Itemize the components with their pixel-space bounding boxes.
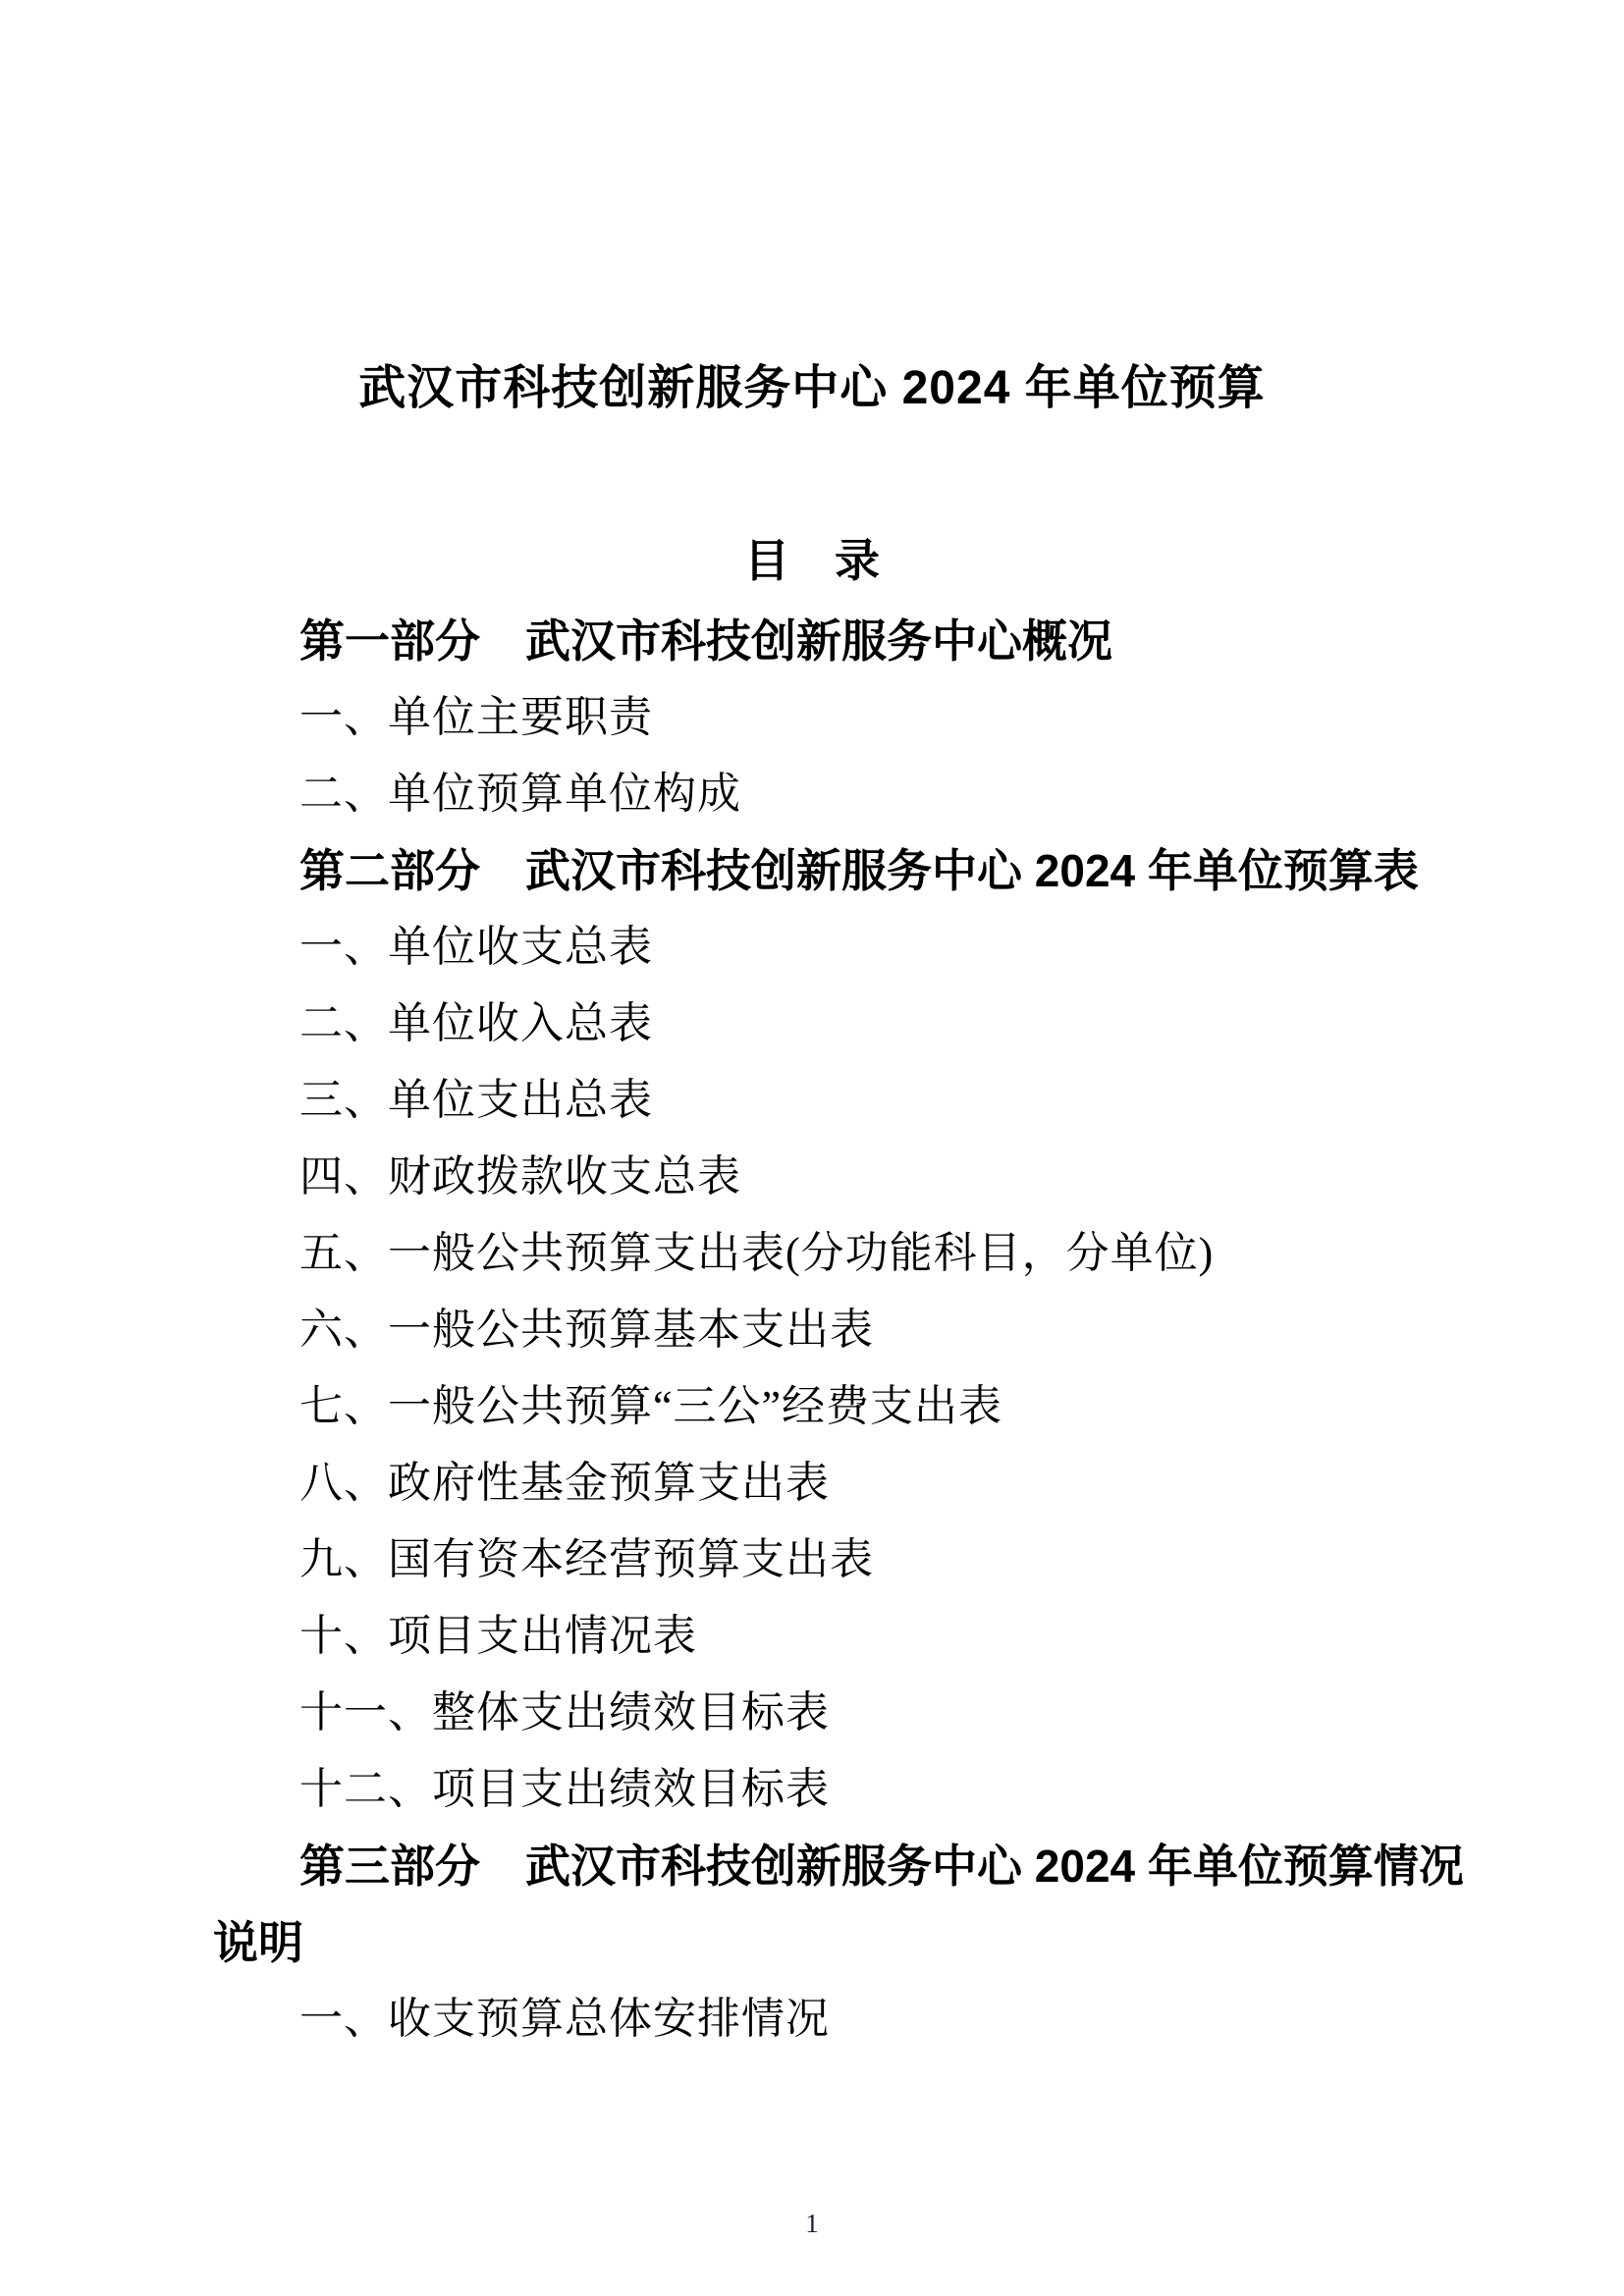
toc-entry: 八、政府性基金预算支出表 — [213, 1445, 1477, 1522]
document-title: 武汉市科技创新服务中心 2024 年单位预算 — [0, 0, 1624, 416]
toc-heading: 目 录 — [0, 534, 1624, 587]
toc-entry: 三、单位支出总表 — [213, 1062, 1477, 1139]
toc-entry: 十一、整体支出绩效目标表 — [213, 1675, 1477, 1751]
toc-list: 第一部分 武汉市科技创新服务中心概况 一、单位主要职责 二、单位预算单位构成 第… — [213, 603, 1477, 2057]
toc-entry: 第二部分 武汉市科技创新服务中心 2024 年单位预算表 — [213, 832, 1477, 909]
toc-entry: 说明 — [213, 1904, 1477, 1981]
toc-entry: 一、单位主要职责 — [213, 679, 1477, 756]
toc-entry: 一、收支预算总体安排情况 — [213, 1981, 1477, 2057]
page-number: 1 — [0, 2209, 1624, 2239]
toc-entry: 五、一般公共预算支出表(分功能科目，分单位) — [213, 1215, 1477, 1292]
toc-entry: 七、一般公共预算“三公”经费支出表 — [213, 1368, 1477, 1445]
toc-entry: 十二、项目支出绩效目标表 — [213, 1751, 1477, 1828]
toc-entry: 第一部分 武汉市科技创新服务中心概况 — [213, 603, 1477, 679]
toc-entry: 二、单位预算单位构成 — [213, 756, 1477, 832]
document-page: 武汉市科技创新服务中心 2024 年单位预算 目 录 第一部分 武汉市科技创新服… — [0, 0, 1624, 2296]
toc-entry: 十、项目支出情况表 — [213, 1598, 1477, 1675]
toc-entry: 一、单位收支总表 — [213, 909, 1477, 986]
toc-entry: 四、财政拨款收支总表 — [213, 1139, 1477, 1215]
toc-entry: 九、国有资本经营预算支出表 — [213, 1522, 1477, 1598]
toc-entry: 第三部分 武汉市科技创新服务中心 2024 年单位预算情况 — [213, 1828, 1477, 1904]
toc-entry: 六、一般公共预算基本支出表 — [213, 1292, 1477, 1368]
toc-entry: 二、单位收入总表 — [213, 986, 1477, 1062]
